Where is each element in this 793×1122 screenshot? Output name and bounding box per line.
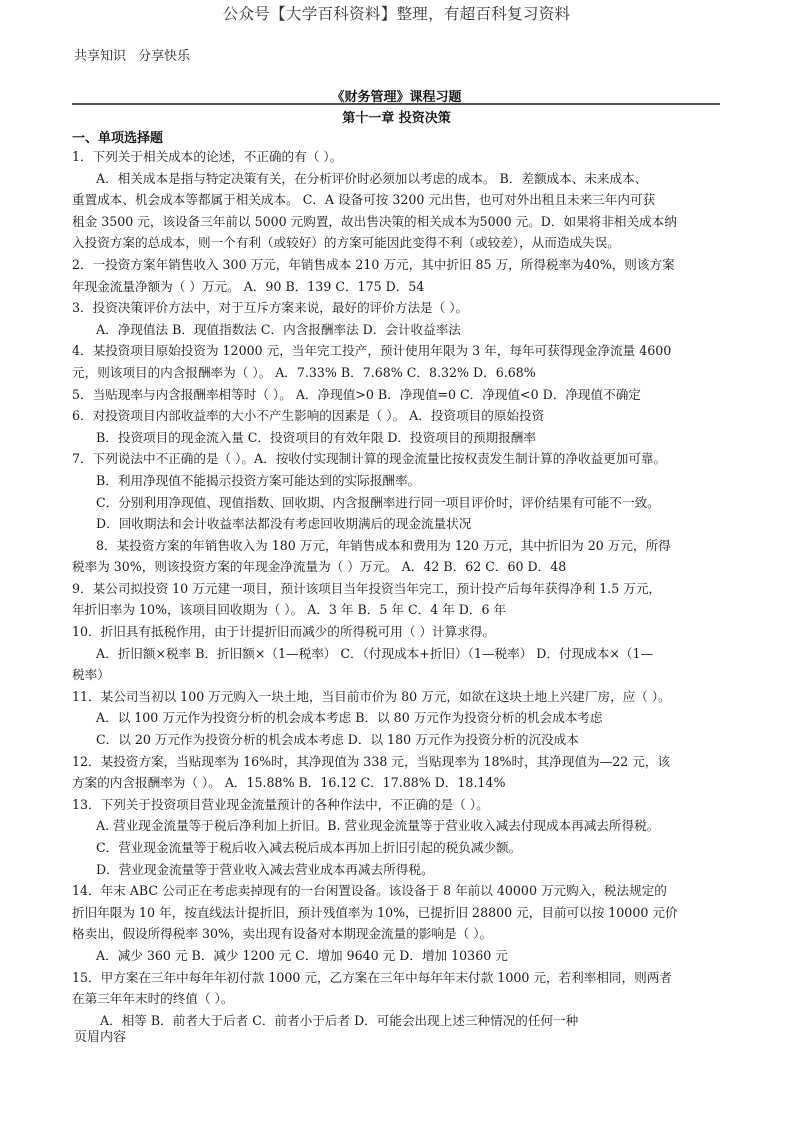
q3-stem: 3．投资决策评价方法中，对于互斥方案来说，最好的评价方法是（ ）。 [72, 297, 724, 319]
question-list: 1．下列关于相关成本的论述，不正确的有（ ）。 A．相关成本是指与特定决策有关，… [72, 146, 724, 1031]
header-divider [72, 103, 720, 105]
page-header-text: 共享知识 分享快乐 [74, 45, 190, 64]
q13-stem: 13．下列关于投资项目营业现金流量预计的各种作法中，不正确的是（ ）。 [72, 794, 724, 816]
q1-stem: 1．下列关于相关成本的论述，不正确的有（ ）。 [72, 146, 724, 168]
q8-options: 税率为 30%，则该投资方案的年现金净流量为（ ）万元。 A．42 B．62 C… [72, 556, 724, 578]
q14-stem-cont: 格卖出，假设所得税率 30%，卖出现有设备对本期现金流量的影响是（ ）。 [72, 923, 724, 945]
q4-stem: 4．某投资项目原始投资为 12000 元，当年完工投产，预计使用年限为 3 年，… [72, 340, 724, 362]
q12-options: 方案的内含报酬率为（ ）。 A．15.88% B．16.12 C．17.88% … [72, 772, 724, 794]
q11-options-ab: A．以 100 万元作为投资分析的机会成本考虑 B．以 80 万元作为投资分析的… [72, 707, 724, 729]
q1-options-line: 重置成本、机会成本等都属于相关成本。 C．A 设备可按 3200 元出售，也可对… [72, 189, 724, 211]
q5-stem-options: 5．当贴现率与内含报酬率相等时（ ）。 A．净现值>0 B．净现值=0 C．净现… [72, 384, 724, 406]
q3-options: A．净现值法 B．现值指数法 C．内含报酬率法 D．会计收益率法 [72, 319, 724, 341]
q1-options-line: A．相关成本是指与特定决策有关，在分析评价时必须加以考虑的成本。 B．差额成本、… [72, 168, 724, 190]
q4-options: 元，则该项目的内含报酬率为（ ）。 A．7.33% B．7.68% C．8.32… [72, 362, 724, 384]
q15-stem-cont: 在第三年年末时的终值（ ）。 [72, 988, 724, 1010]
q7-option-b: B．利用净现值不能揭示投资方案可能达到的实际报酬率。 [72, 470, 724, 492]
q13-option-d: D．营业现金流量等于营业收入减去营业成本再减去所得税。 [72, 859, 724, 881]
watermark-banner: 公众号【大学百科资料】整理，有超百科复习资料 [0, 2, 793, 24]
q6-options: B．投资项目的现金流入量 C．投资项目的有效年限 D．投资项目的预期报酬率 [72, 427, 724, 449]
q10-stem: 10．折旧具有抵税作用，由于计提折旧而减少的所得税可用（ ）计算求得。 [72, 621, 724, 643]
q8-stem: 8．某投资方案的年销售收入为 180 万元，年销售成本和费用为 120 万元，其… [72, 535, 724, 557]
q14-options: A．减少 360 元 B．减少 1200 元 C．增加 9640 元 D．增加 … [72, 945, 724, 967]
page-footer-text: 页眉内容 [74, 1026, 126, 1045]
q10-options: A．折旧额×税率 B．折旧额×（1—税率） C．（付现成本+折旧）（1—税率） … [72, 643, 724, 665]
q1-options-line: 入投资方案的总成本，则一个有利（或较好）的方案可能因此变得不利（或较差），从而造… [72, 232, 724, 254]
q15-stem: 15．甲方案在三年中每年年初付款 1000 元，乙方案在三年中每年年末付款 10… [72, 967, 724, 989]
chapter-title: 第十一章 投资决策 [0, 107, 793, 126]
q6-stem: 6．对投资项目内部收益率的大小不产生影响的因素是（ ）。 A．投资项目的原始投资 [72, 405, 724, 427]
q15-options: A．相等 B．前者大于后者 C．前者小于后者 D．可能会出现上述三种情况的任何一… [72, 1010, 724, 1032]
q9-stem: 9．某公司拟投资 10 万元建一项目，预计该项目当年投资当年完工，预计投产后每年… [72, 578, 724, 600]
q2-options: 年现金流量净额为（ ）万元。 A．90 B．139 C．175 D．54 [72, 276, 724, 298]
q11-stem: 11．某公司当初以 100 万元购入一块土地，当目前市价为 80 万元，如欲在这… [72, 686, 724, 708]
q13-options-ab: A. 营业现金流量等于税后净利加上折旧。B. 营业现金流量等于营业收入减去付现成… [72, 815, 724, 837]
q11-options-cd: C．以 20 万元作为投资分析的机会成本考虑 D．以 180 万元作为投资分析的… [72, 729, 724, 751]
q1-options-line: 租金 3500 元，该设备三年前以 5000 元购置，故出售决策的相关成本为50… [72, 211, 724, 233]
q2-stem: 2．一投资方案年销售收入 300 万元，年销售成本 210 万元，其中折旧 85… [72, 254, 724, 276]
q9-options: 年折旧率为 10%，该项目回收期为（ ）。 A．3 年 B．5 年 C．4 年 … [72, 599, 724, 621]
q13-option-c: C．营业现金流量等于税后收入减去税后成本再加上折旧引起的税负减少额。 [72, 837, 724, 859]
q10-options-cont: 税率） [72, 664, 724, 686]
q14-stem-cont: 折旧年限为 10 年，按直线法计提折旧，预计残值率为 10%，已提折旧 2880… [72, 902, 724, 924]
section-title: 一、单项选择题 [72, 127, 163, 146]
q7-option-d: D．回收期法和会计收益率法都没有考虑回收期满后的现金流量状况 [72, 513, 724, 535]
q12-stem: 12．某投资方案，当贴现率为 16%时，其净现值为 338 元，当贴现率为 18… [72, 751, 724, 773]
q7-option-c: C．分别利用净现值、现值指数、回收期、内含报酬率进行同一项目评价时，评价结果有可… [72, 492, 724, 514]
q7-stem: 7．下列说法中不正确的是（ ）。A．按收付实现制计算的现金流量比按权责发生制计算… [72, 448, 724, 470]
q14-stem: 14．年末 ABC 公司正在考虑卖掉现有的一台闲置设备。该设备于 8 年前以 4… [72, 880, 724, 902]
